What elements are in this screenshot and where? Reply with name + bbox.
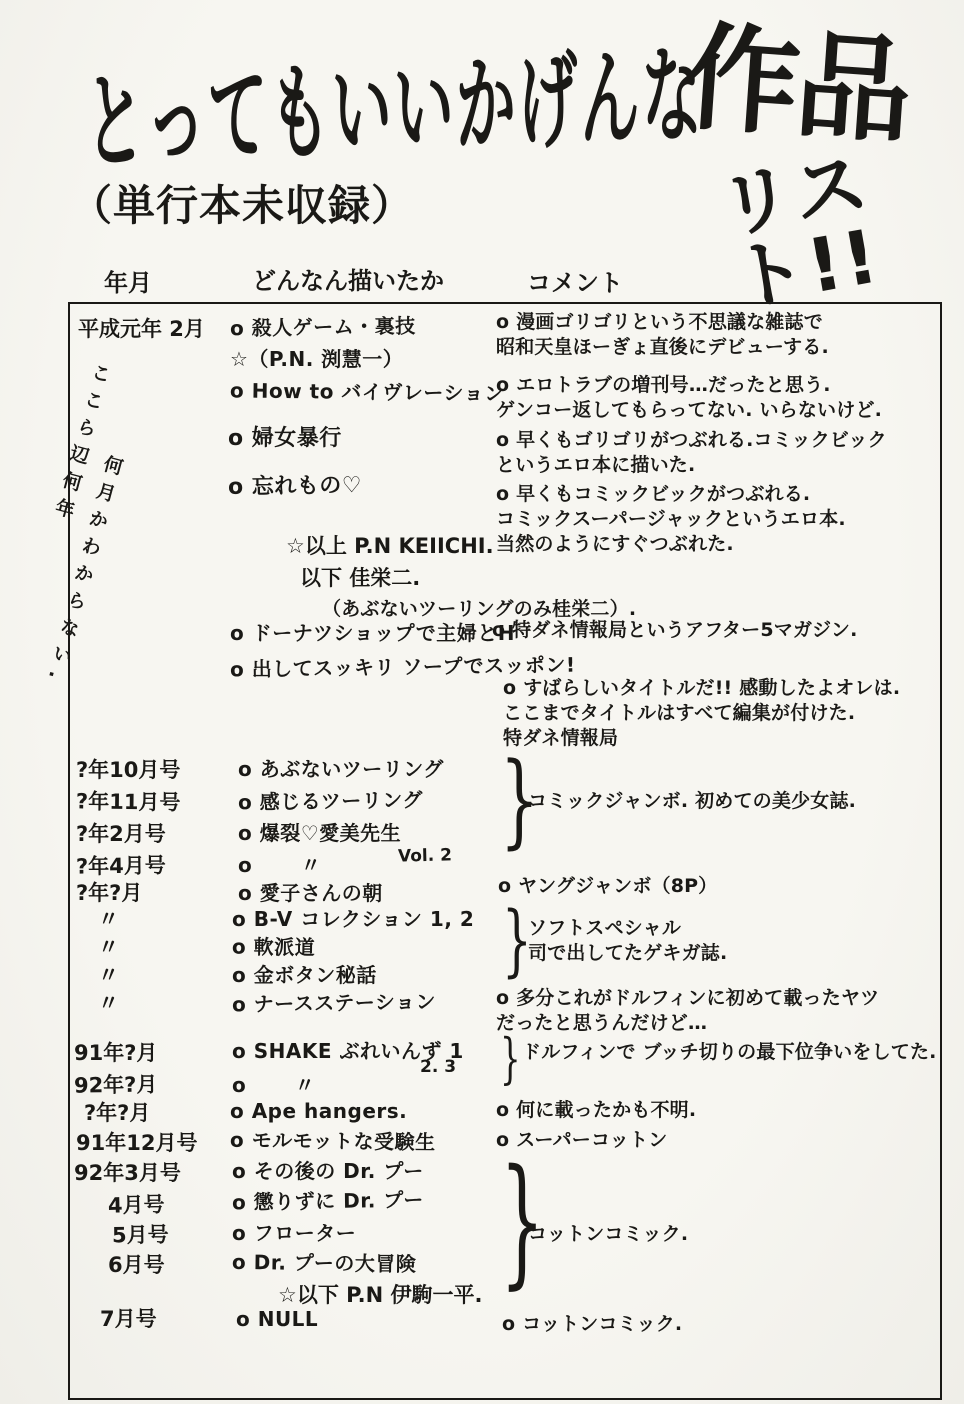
- penname-note: 以下 佳栄二.: [300, 565, 420, 593]
- scanned-page: とってもいいかげんな 作品 リスト!! （単行本未収録） 年月 どんなん描いたか…: [0, 0, 964, 1404]
- page-subtitle: （単行本未収録）: [70, 178, 414, 233]
- comment-note: コミックジャンボ. 初めての美少女誌.: [528, 789, 856, 814]
- work-item: o 殺人ゲーム・裏技: [230, 313, 416, 342]
- date-cell: ?年4月号: [76, 852, 166, 881]
- work-item: o Dr. プーの大冒険: [232, 1249, 417, 1278]
- penname-note: ☆（P.N. 渕慧一）: [230, 346, 403, 372]
- work-item: o Ape hangers.: [230, 1098, 407, 1124]
- work-item: o 爆裂♡愛美先生: [238, 820, 401, 846]
- page-title-script: とってもいいかげんな: [84, 28, 705, 195]
- comment-note: o すばらしいタイトルだ!! 感動したよオレは. ここまでタイトルはすべて編集が…: [503, 676, 900, 751]
- comment-note: o 何に載ったかも不明.: [496, 1098, 696, 1123]
- penname-note: ☆以上 P.N KEIICHI.: [286, 533, 494, 561]
- comment-note: o エロトラブの増刊号…だったと思う. ゲンコー返してもらってない. いらないけ…: [496, 373, 882, 423]
- comment-note: o 多分これがドルフィンに初めて載ったヤツ だったと思うんだけど…: [496, 986, 879, 1036]
- date-cell: ?年10月号: [76, 757, 180, 785]
- work-item: o 忘れもの♡: [228, 471, 362, 502]
- date-cell: 4月号: [108, 1191, 165, 1220]
- work-item: o 感じるツーリング: [238, 787, 423, 816]
- ditto-mark: 〃: [98, 934, 119, 962]
- work-item: o 婦女暴行: [228, 424, 342, 453]
- work-item: o ドーナツショップで主婦とH: [230, 620, 515, 646]
- ditto-mark: 〃: [98, 990, 119, 1018]
- date-cell: ?年11月号: [76, 788, 181, 817]
- work-item: o 軟派道: [232, 933, 316, 960]
- ditto-mark: o 〃: [232, 1072, 315, 1098]
- work-item: o あぶないツーリング: [238, 756, 444, 782]
- date-cell: 7月号: [100, 1306, 157, 1334]
- volume-label: Vol. 2: [398, 844, 452, 868]
- comment-note: o 早くもゴリゴリがつぶれる.コミックビック というエロ本に描いた.: [496, 428, 887, 478]
- date-cell: ?年?月: [84, 1100, 150, 1128]
- work-item: o フローター: [232, 1220, 356, 1246]
- date-cell: ?年2月号: [76, 821, 166, 849]
- comment-note: ドルフィンで ブッチ切りの最下位争いをしてた.: [522, 1040, 937, 1065]
- work-item: o その後の Dr. プー: [232, 1158, 424, 1184]
- comment-note: o コットンコミック.: [502, 1312, 682, 1337]
- date-cell: 5月号: [112, 1222, 169, 1251]
- date-cell: 91年?月: [74, 1040, 157, 1068]
- ditto-mark: 〃: [98, 906, 119, 934]
- work-item: o モルモットな受験生: [230, 1127, 436, 1156]
- comment-note: o 早くもコミックビックがつぶれる. コミックスーパージャックというエロ本. 当…: [496, 482, 846, 557]
- page-title-big-2: リスト!!: [714, 129, 964, 318]
- volume-label: 2. 3: [420, 1056, 456, 1078]
- date-cell: 平成元年 2月: [78, 316, 205, 344]
- comment-note: ソフトスペシャル 司で出してたゲキガ誌.: [528, 916, 727, 966]
- column-header-date: 年月: [104, 268, 152, 300]
- ditto-mark: 〃: [98, 962, 119, 990]
- work-item: o NULL: [236, 1306, 318, 1332]
- brace-icon: }: [500, 1032, 521, 1086]
- page-title-big-1: 作品: [680, 20, 912, 151]
- comment-note: コットンコミック.: [528, 1222, 688, 1247]
- work-item: o 懲りずに Dr. プー: [232, 1187, 424, 1216]
- date-cell: 6月号: [108, 1252, 165, 1280]
- work-item: o B-V コレクション 1, 2: [232, 906, 474, 932]
- work-item: o 愛子さんの朝: [238, 880, 383, 906]
- ditto-mark: o 〃: [238, 852, 321, 878]
- comment-note: o 漫画ゴリゴリという不思議な雑誌で 昭和天皇ほーぎょ直後にデビューする.: [496, 310, 829, 360]
- date-cell: 91年12月号: [76, 1130, 197, 1158]
- work-item: o How to バイヴレーション: [230, 377, 505, 407]
- work-item: o ナースステーション: [232, 989, 436, 1018]
- column-header-work: どんなん描いたか: [252, 266, 444, 298]
- date-cell: 92年3月号: [74, 1160, 181, 1188]
- column-header-comment: コメント: [527, 268, 623, 300]
- work-item: o 金ボタン秘話: [232, 962, 377, 988]
- date-cell: 92年?月: [74, 1071, 158, 1100]
- date-cell: ?年?月: [76, 880, 142, 908]
- comment-note: o 特ダネ情報局というアフター5マガジン.: [492, 618, 858, 643]
